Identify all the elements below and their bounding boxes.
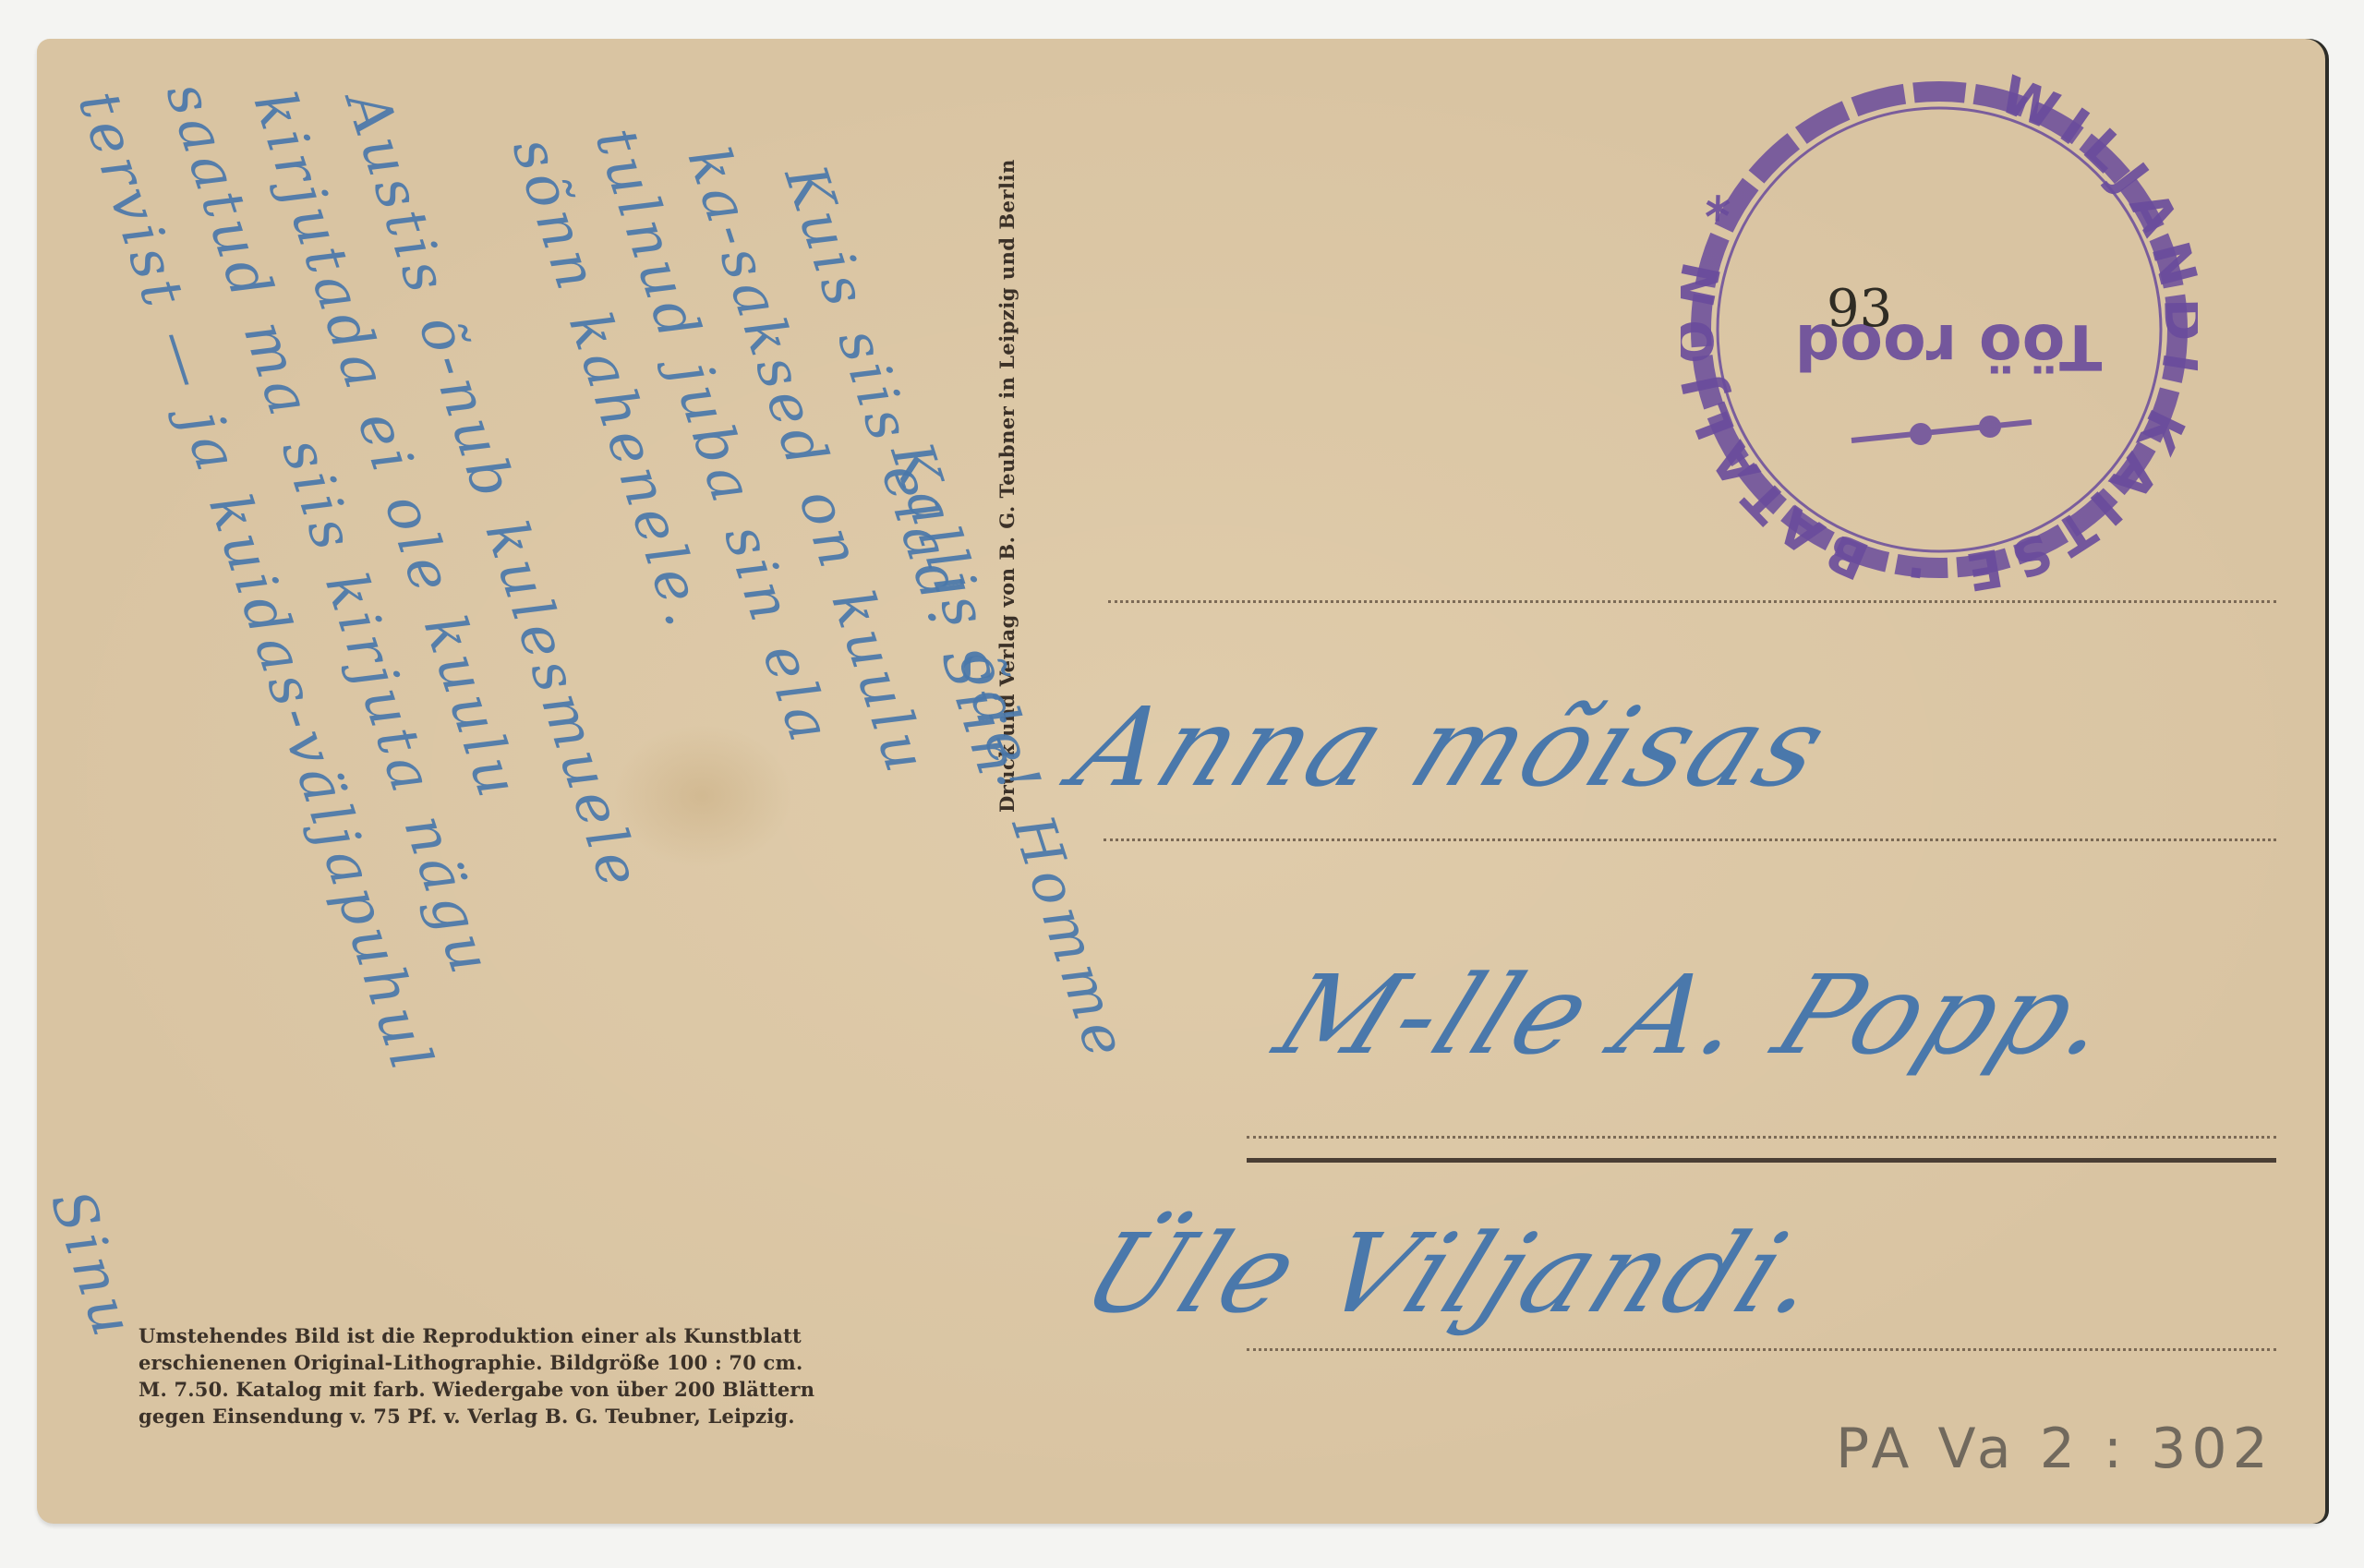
address-rule: [1247, 1158, 2276, 1163]
address-line-3: [1247, 1136, 2276, 1139]
stamp-number: 93: [1827, 279, 1892, 339]
printed-notice: Umstehendes Bild ist die Reproduktion ei…: [139, 1322, 1043, 1429]
notice-line: M. 7.50. Katalog mit farb. Wiedergabe vo…: [139, 1376, 1043, 1403]
address-line-4: [1247, 1348, 2276, 1351]
address-line-1: [1108, 600, 2276, 603]
address-line-text: Üle Viljandi.: [1066, 1210, 1846, 1337]
address-line-2: [1104, 838, 2276, 841]
notice-line: erschienenen Original-Lithographie. Bild…: [139, 1349, 1043, 1376]
address-line-text: M-lle A. Popp.: [1260, 951, 2137, 1079]
battalion-stamp: WILJANDI KAITSE · BATALJON * Töö rood: [1681, 57, 2198, 593]
archive-mark: PA Va 2 : 302: [1836, 1417, 2274, 1481]
notice-line: Umstehendes Bild ist die Reproduktion ei…: [139, 1322, 1043, 1349]
notice-line: gegen Einsendung v. 75 Pf. v. Verlag B. …: [139, 1403, 1043, 1429]
address-line-text: Anna mõisas: [1056, 683, 1848, 811]
crossed-swords-icon: [1851, 418, 2032, 442]
